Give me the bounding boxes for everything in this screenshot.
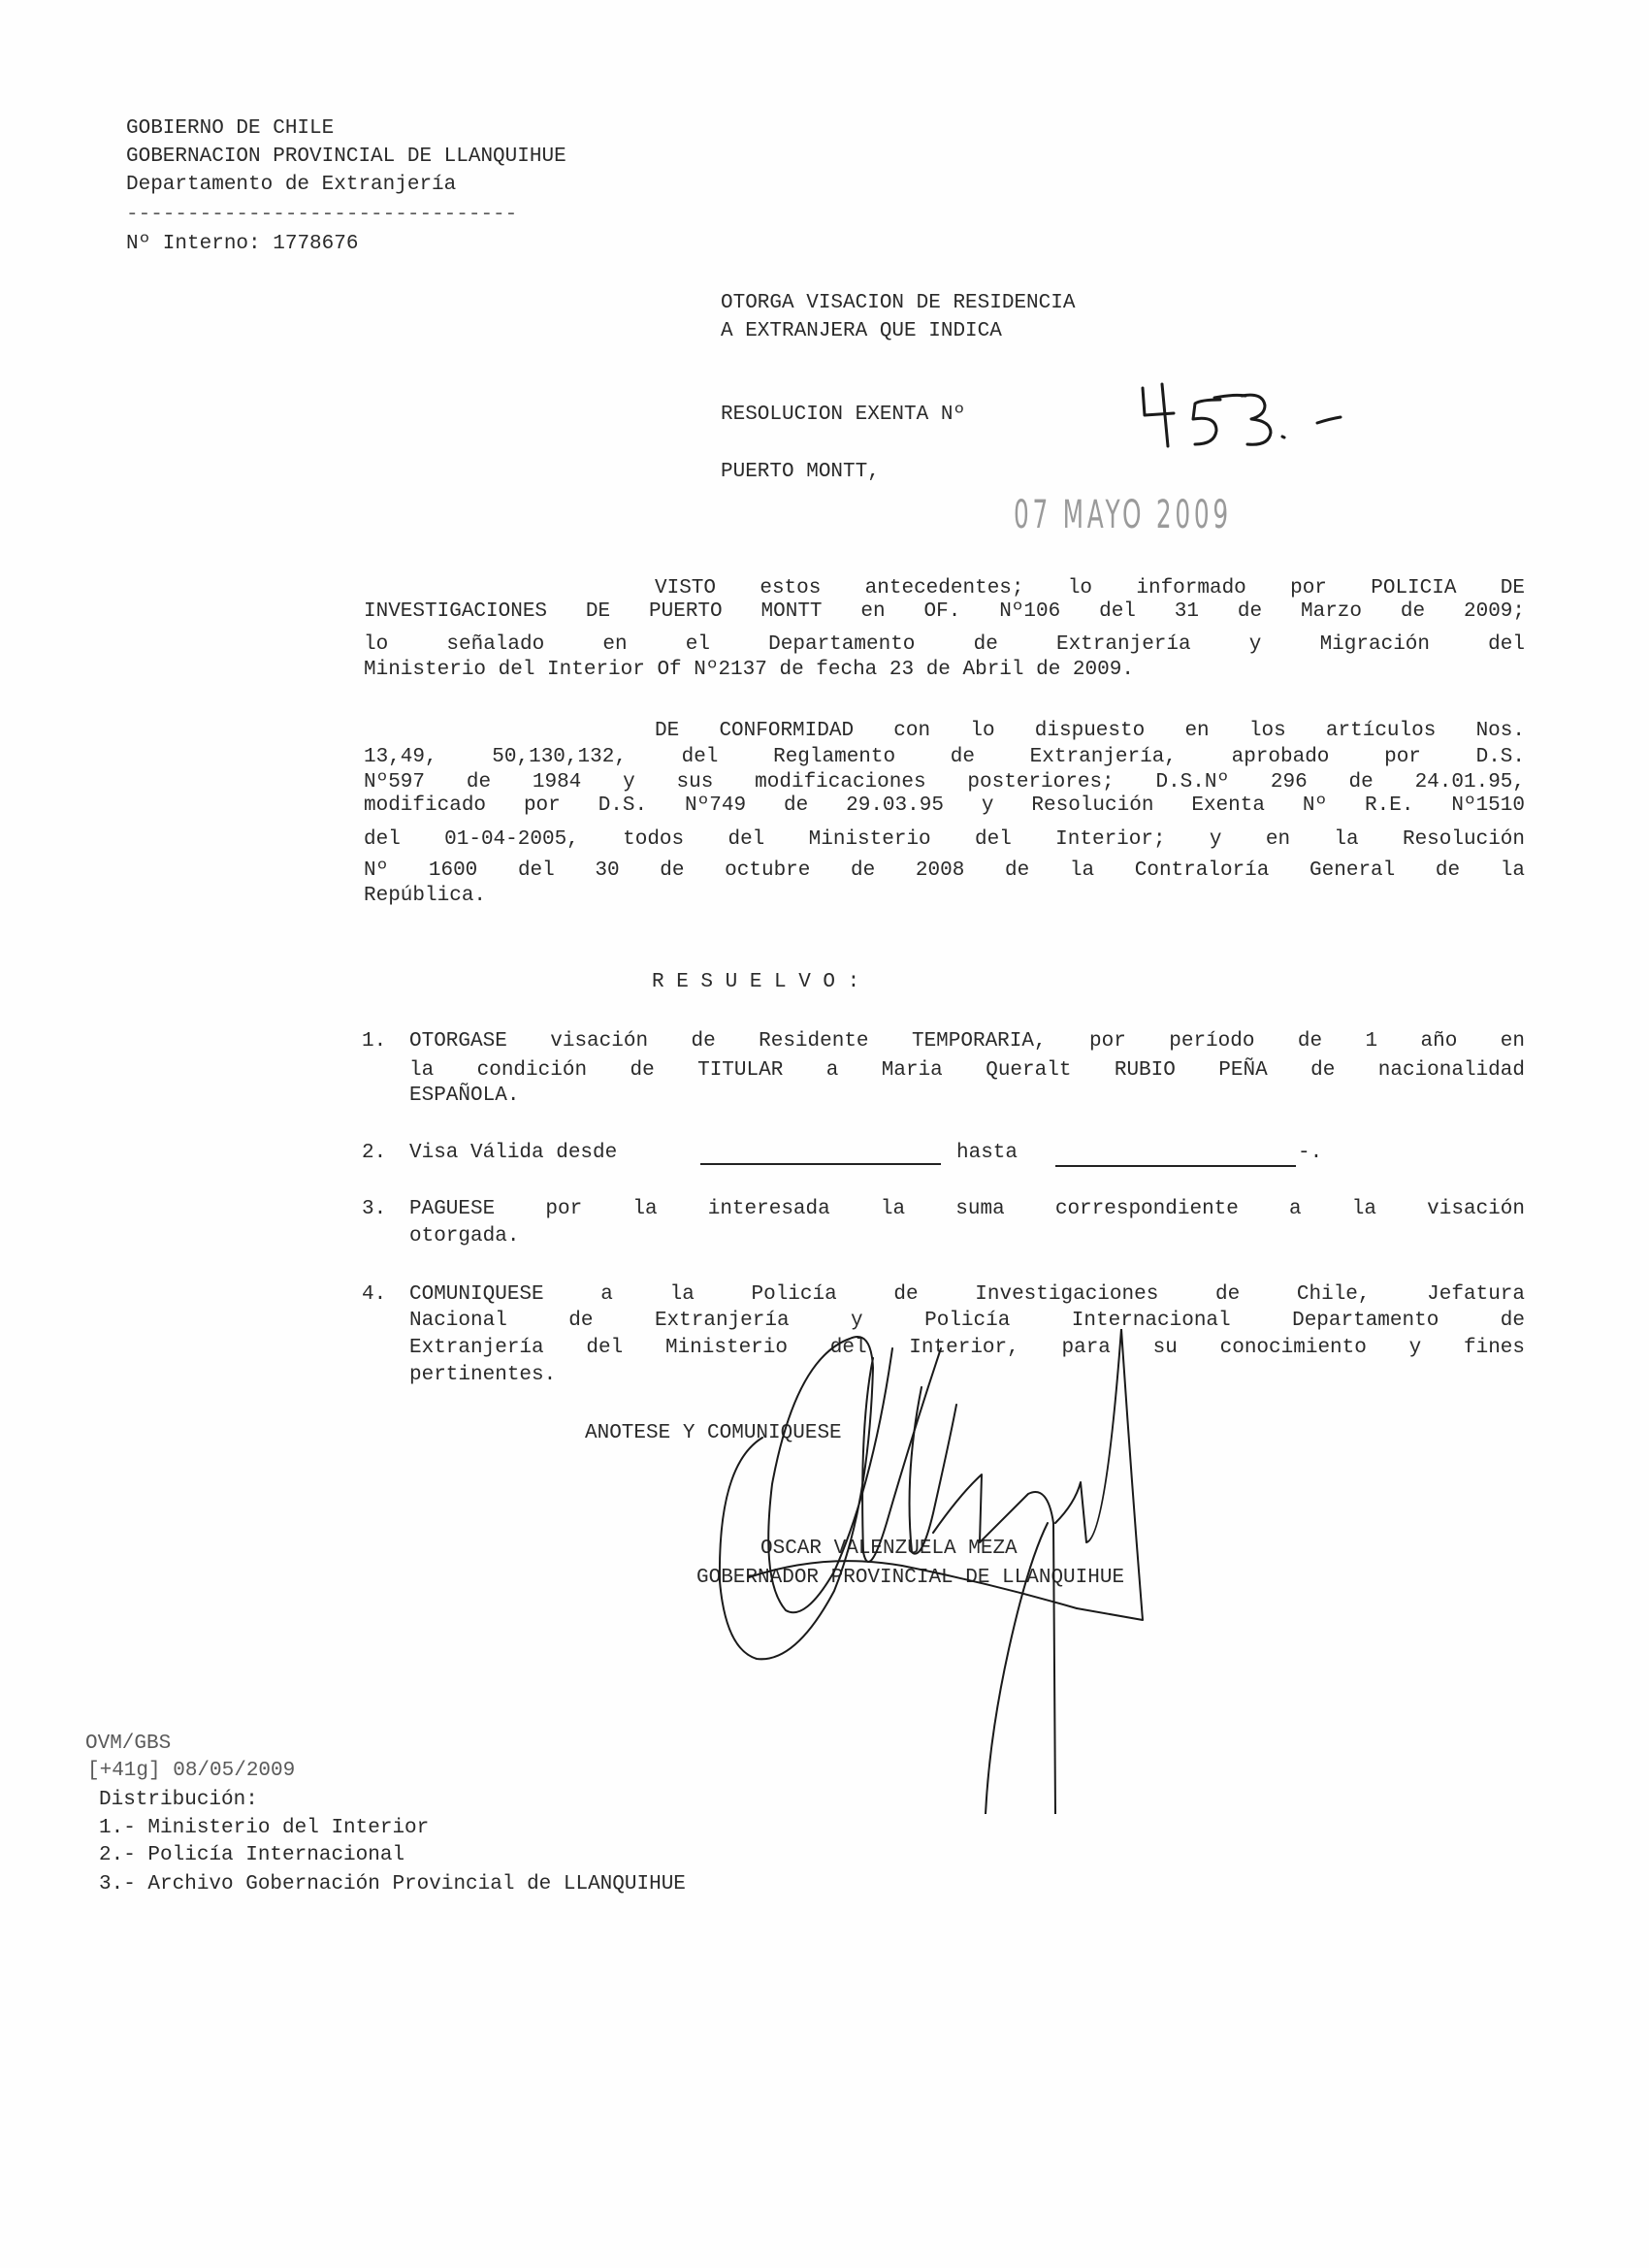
item-line: otorgada. (409, 1226, 1525, 1247)
item-line: Nacional de Extranjería y Policía Intern… (409, 1311, 1525, 1331)
item-line: PAGUESE por la interesada la suma corres… (409, 1199, 1525, 1219)
distribution-item: 1.- Ministerio del Interior (99, 1818, 429, 1838)
item-line: pertinentes. (409, 1365, 1525, 1385)
document-page: GOBIERNO DE CHILE GOBERNACION PROVINCIAL… (0, 0, 1649, 2268)
reference: [+41g] 08/05/2009 (87, 1761, 295, 1781)
item-line: COMUNIQUESE a la Policía de Investigacio… (409, 1284, 1525, 1305)
item-number: 4. (362, 1284, 386, 1305)
item-number: 3. (362, 1199, 386, 1219)
visa-valid-to-label: hasta (956, 1143, 1018, 1163)
header-department: Departamento de Extranjería (126, 175, 456, 195)
conformidad-line: modificado por D.S. Nº749 de 29.03.95 y … (364, 795, 1525, 816)
item-number: 2. (362, 1143, 386, 1163)
visa-valid-from-label: Visa Válida desde (409, 1143, 617, 1163)
subject-line-1: OTORGA VISACION DE RESIDENCIA (721, 293, 1075, 313)
internal-number-value: 1778676 (273, 233, 358, 255)
signer-title: GOBERNADOR PROVINCIAL DE LLANQUIHUE (696, 1568, 1124, 1588)
item-line: ESPAÑOLA. (409, 1085, 1525, 1106)
conformidad-line: 13,49, 50,130,132, del Reglamento de Ext… (364, 747, 1525, 767)
conformidad-line: Nº 1600 del 30 de octubre de 2008 de la … (364, 860, 1525, 881)
conformidad-line: República. (364, 886, 1525, 906)
item-line: OTORGASE visación de Residente TEMPORARI… (409, 1031, 1525, 1052)
resolution-label: RESOLUCION EXENTA Nº (721, 405, 965, 425)
conformidad-line: DE CONFORMIDAD con lo dispuesto en los a… (655, 721, 1525, 741)
anotese-y-comuniquese: ANOTESE Y COMUNIQUESE (585, 1423, 842, 1443)
distribution-item: 2.- Policía Internacional (99, 1845, 404, 1865)
visto-line: Ministerio del Interior Of Nº2137 de fec… (364, 660, 1525, 680)
handwritten-resolution-number (1135, 376, 1348, 464)
place: PUERTO MONTT, (721, 462, 880, 482)
distribution-label: Distribución: (99, 1790, 258, 1810)
date-stamp: 07 MAYO 2009 (1014, 493, 1232, 537)
initials: OVM/GBS (85, 1733, 171, 1754)
handwritten-number-icon (1135, 376, 1348, 459)
internal-number-label: Nº Interno: (126, 233, 261, 255)
header-divider: -------------------------------- (126, 205, 517, 225)
item-line: Extranjería del Ministerio del Interior,… (409, 1338, 1525, 1358)
distribution-item: 3.- Archivo Gobernación Provincial de LL… (99, 1874, 686, 1895)
item-number: 1. (362, 1031, 386, 1052)
signer-name: OSCAR VALENZUELA MEZA (760, 1539, 1018, 1559)
visa-valid-to-underline (1055, 1165, 1296, 1167)
internal-number: Nº Interno: 1778676 (126, 234, 358, 254)
resuelvo-heading: R E S U E L V O : (652, 972, 859, 992)
subject-line-2: A EXTRANJERA QUE INDICA (721, 321, 1002, 341)
visto-line: lo señalado en el Departamento de Extran… (364, 634, 1525, 655)
conformidad-line: Nº597 de 1984 y sus modificaciones poste… (364, 772, 1525, 793)
header-government: GOBIERNO DE CHILE (126, 118, 334, 139)
visa-valid-from-underline (700, 1163, 941, 1165)
header-governorate: GOBERNACION PROVINCIAL DE LLANQUIHUE (126, 146, 566, 167)
visto-line: INVESTIGACIONES DE PUERTO MONTT en OF. N… (364, 601, 1525, 622)
visa-valid-suffix: -. (1298, 1143, 1322, 1163)
visto-line: VISTO estos antecedentes; lo informado p… (655, 578, 1525, 599)
item-line: la condición de TITULAR a Maria Queralt … (409, 1060, 1525, 1081)
conformidad-line: del 01-04-2005, todos del Ministerio del… (364, 829, 1525, 850)
